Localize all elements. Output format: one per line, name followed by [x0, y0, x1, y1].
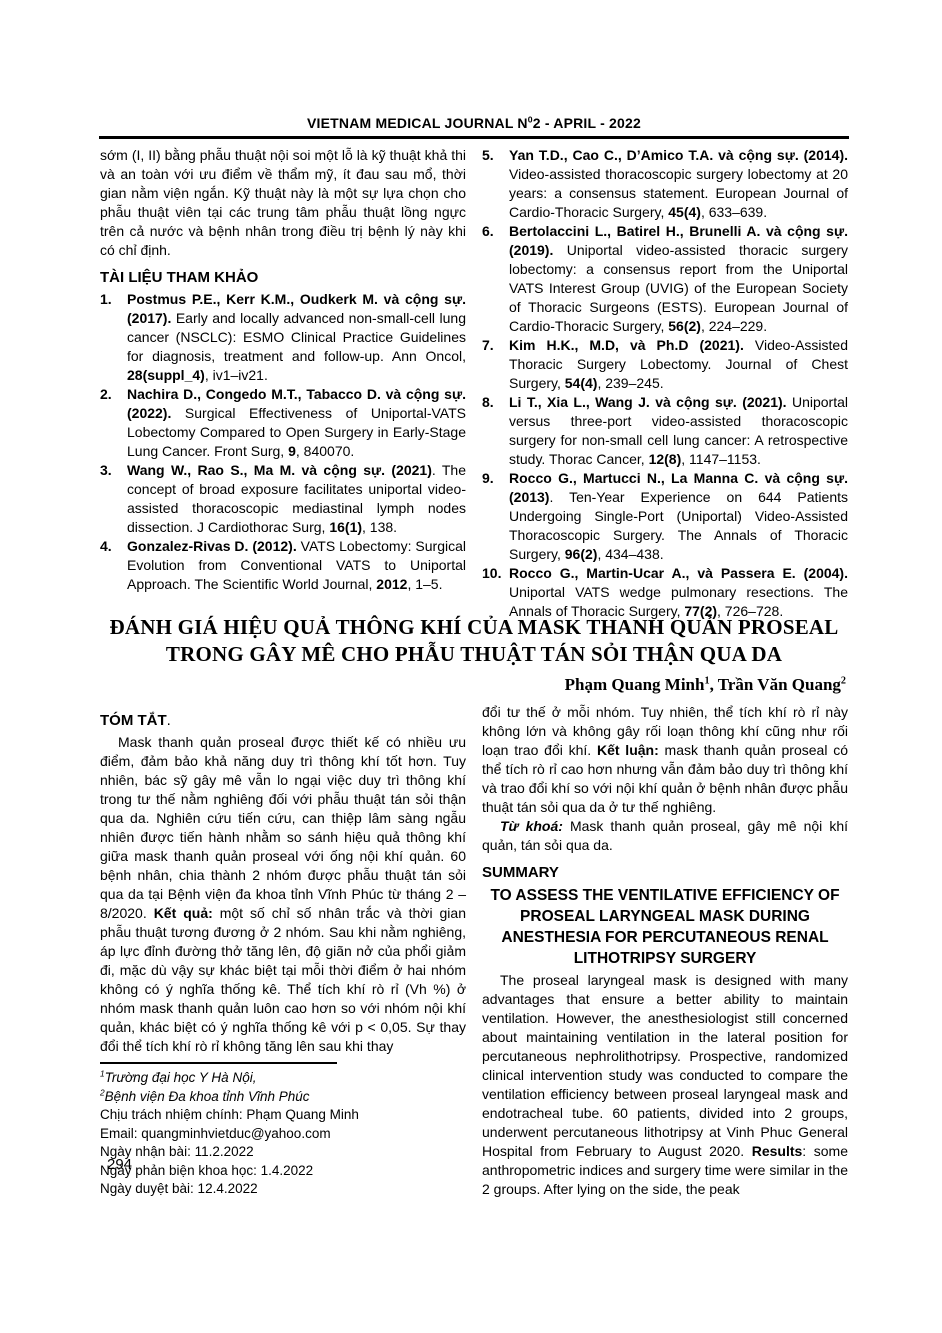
text-run: , 434–438.: [597, 546, 663, 562]
abstract-heading: TÓM TẮT.: [100, 711, 466, 731]
footnote-line: Chịu trách nhiệm chính: Phạm Quang Minh: [100, 1106, 466, 1125]
text-run: Wang W., Rao S., Ma M. và cộng sự. (2021…: [127, 462, 432, 478]
footnote-affiliation: 1Trường đại học Y Hà Nội,: [100, 1069, 466, 1088]
text-run: Results: [752, 1143, 803, 1159]
text-run: Early and locally advanced non-small-cel…: [127, 310, 466, 364]
text-run: , 633–639.: [701, 204, 767, 220]
text-run: 54(4): [565, 375, 598, 391]
reference-number: 1.: [100, 290, 112, 309]
reference-item: 6.Bertolaccini L., Batirel H., Brunelli …: [482, 222, 848, 336]
text-run: , 224–229.: [701, 318, 767, 334]
text-run: 2012: [376, 576, 407, 592]
reference-item: 10.Rocco G., Martin-Ucar A., và Passera …: [482, 564, 848, 621]
text-run: The proseal laryngeal mask is designed w…: [482, 972, 848, 1159]
text-run: 45(4): [668, 204, 701, 220]
reference-text: Kim H.K., M.D, và Ph.D (2021). Video-Ass…: [509, 337, 848, 391]
summary-paragraph: The proseal laryngeal mask is designed w…: [482, 971, 848, 1199]
reference-item: 7.Kim H.K., M.D, và Ph.D (2021). Video-A…: [482, 336, 848, 393]
reference-text: Rocco G., Martucci N., La Manna C. và cộ…: [509, 470, 848, 562]
text-run: 16(1): [329, 519, 362, 535]
reference-number: 10.: [482, 564, 501, 583]
page-header: VIETNAM MEDICAL JOURNAL N02 - APRIL - 20…: [99, 115, 849, 139]
text-run: 12(8): [649, 451, 682, 467]
abstract-left-column: TÓM TẮT. Mask thanh quản proseal được th…: [100, 703, 466, 1199]
summary-heading: SUMMARY: [482, 863, 848, 883]
text-run: 96(2): [565, 546, 598, 562]
page-number: 294: [107, 1156, 132, 1173]
abstract-paragraph-part1: Mask thanh quản proseal được thiết kế có…: [100, 733, 466, 1056]
journal-name: VIETNAM MEDICAL JOURNAL N02 - APRIL - 20…: [307, 115, 641, 131]
footnote-affiliation: 2Bệnh viện Đa khoa tỉnh Vĩnh Phúc: [100, 1088, 466, 1107]
text-run: , 1–5.: [407, 576, 442, 592]
text-run: Kim H.K., M.D, và Ph.D (2021).: [509, 337, 744, 353]
text-run: Rocco G., Martin-Ucar A., và Passera E. …: [509, 565, 848, 581]
article-title-block: ĐÁNH GIÁ HIỆU QUẢ THÔNG KHÍ CỦA MASK THA…: [100, 614, 848, 695]
author-affiliation-superscript: 2: [841, 675, 846, 686]
journal-name-suffix: 2 - APRIL - 2022: [533, 115, 641, 131]
reference-number: 8.: [482, 393, 494, 412]
footnote-line: Ngày phản biện khoa học: 1.4.2022: [100, 1162, 466, 1181]
text-run: 28(suppl_4): [127, 367, 205, 383]
reference-item: 3.Wang W., Rao S., Ma M. và cộng sự. (20…: [100, 461, 466, 537]
reference-item: 4.Gonzalez-Rivas D. (2012). VATS Lobecto…: [100, 537, 466, 594]
reference-number: 9.: [482, 469, 494, 488]
summary-title: TO ASSESS THE VENTILATIVE EFFICIENCY OF …: [490, 885, 840, 969]
reference-text: Gonzalez-Rivas D. (2012). VATS Lobectomy…: [127, 538, 466, 592]
article-title: ĐÁNH GIÁ HIỆU QUẢ THÔNG KHÍ CỦA MASK THA…: [100, 614, 848, 668]
reference-item: 9.Rocco G., Martucci N., La Manna C. và …: [482, 469, 848, 564]
references-section: sớm (I, II) bằng phẫu thuật nội soi một …: [100, 146, 848, 621]
text-run: , iv1–iv21.: [205, 367, 268, 383]
reference-text: Yan T.D., Cao C., D’Amico T.A. và cộng s…: [509, 147, 848, 220]
text-run: Từ khoá:: [500, 818, 563, 834]
text-run: . Ten-Year Experience on 644 Patients Un…: [509, 489, 848, 562]
article-title-line: ĐÁNH GIÁ HIỆU QUẢ THÔNG KHÍ CỦA MASK THA…: [100, 614, 848, 641]
reference-number: 2.: [100, 385, 112, 404]
abstract-right-column: đổi tư thế ở mỗi nhóm. Tuy nhiên, thể tí…: [482, 703, 848, 1199]
text-run: Li T., Xia L., Wang J. và cộng sự. (2021…: [509, 394, 787, 410]
text-run: Yan T.D., Cao C., D’Amico T.A. và cộng s…: [509, 147, 848, 163]
abstract-section: TÓM TẮT. Mask thanh quản proseal được th…: [100, 703, 848, 1199]
reference-number: 3.: [100, 461, 112, 480]
text-run: Mask thanh quản proseal được thiết kế có…: [100, 734, 466, 921]
text-run: 56(2): [668, 318, 701, 334]
reference-number: 5.: [482, 146, 494, 165]
reference-text: Wang W., Rao S., Ma M. và cộng sự. (2021…: [127, 462, 466, 535]
text-run: , 239–245.: [597, 375, 663, 391]
reference-text: Postmus P.E., Kerr K.M., Oudkerk M. và c…: [127, 291, 466, 383]
reference-item: 5.Yan T.D., Cao C., D’Amico T.A. và cộng…: [482, 146, 848, 222]
text-run: , 138.: [362, 519, 397, 535]
abstract-paragraph-part2: đổi tư thế ở mỗi nhóm. Tuy nhiên, thể tí…: [482, 703, 848, 817]
footnote-superscript: 1: [100, 1069, 105, 1079]
abstract-heading-text: TÓM TẮT: [100, 712, 167, 729]
closing-paragraph: sớm (I, II) bằng phẫu thuật nội soi một …: [100, 146, 466, 260]
author-affiliation-superscript: 1: [704, 675, 709, 686]
reference-number: 7.: [482, 336, 494, 355]
reference-text: Rocco G., Martin-Ucar A., và Passera E. …: [509, 565, 848, 619]
journal-name-prefix: VIETNAM MEDICAL JOURNAL N: [307, 115, 528, 131]
footnote-divider: [100, 1062, 337, 1064]
reference-text: Bertolaccini L., Batirel H., Brunelli A.…: [509, 223, 848, 334]
footnote-superscript: 2: [100, 1087, 105, 1097]
article-title-line: TRONG GÂY MÊ CHO PHẪU THUẬT TÁN SỎI THẬN…: [100, 641, 848, 668]
abstract-heading-period: .: [167, 712, 171, 729]
reference-number: 6.: [482, 222, 494, 241]
text-run: Kết quả:: [154, 905, 213, 921]
footnote-line: Ngày duyệt bài: 12.4.2022: [100, 1180, 466, 1199]
text-run: , 1147–1153.: [681, 451, 761, 467]
footnote-block: 1Trường đại học Y Hà Nội,2Bệnh viện Đa k…: [100, 1062, 466, 1199]
references-list-1-4: 1.Postmus P.E., Kerr K.M., Oudkerk M. và…: [100, 290, 466, 594]
author-name: Trần Văn Quang: [718, 675, 841, 694]
reference-item: 8.Li T., Xia L., Wang J. và cộng sự. (20…: [482, 393, 848, 469]
journal-page: VIETNAM MEDICAL JOURNAL N02 - APRIL - 20…: [0, 0, 942, 1333]
authors-line: Phạm Quang Minh1, Trần Văn Quang2: [100, 675, 848, 695]
keywords-paragraph: Từ khoá: Mask thanh quản proseal, gây mê…: [482, 817, 848, 855]
footnote-line: Email: quangminhvietduc@yahoo.com: [100, 1125, 466, 1144]
text-run: Gonzalez-Rivas D. (2012).: [127, 538, 297, 554]
reference-item: 2.Nachira D., Congedo M.T., Tabacco D. v…: [100, 385, 466, 461]
author-name: Phạm Quang Minh: [565, 675, 705, 694]
text-run: 9: [288, 443, 296, 459]
footnote-line: Ngày nhận bài: 11.2.2022: [100, 1143, 466, 1162]
reference-item: 1.Postmus P.E., Kerr K.M., Oudkerk M. và…: [100, 290, 466, 385]
references-right-column: 5.Yan T.D., Cao C., D’Amico T.A. và cộng…: [482, 146, 848, 621]
text-run: một số chỉ số nhân trắc và thời gian phẫ…: [100, 905, 466, 1054]
reference-text: Li T., Xia L., Wang J. và cộng sự. (2021…: [509, 394, 848, 467]
references-left-column: sớm (I, II) bằng phẫu thuật nội soi một …: [100, 146, 466, 621]
footnote-affiliations: 1Trường đại học Y Hà Nội,2Bệnh viện Đa k…: [100, 1069, 466, 1106]
reference-text: Nachira D., Congedo M.T., Tabacco D. và …: [127, 386, 466, 459]
references-list-5-10: 5.Yan T.D., Cao C., D’Amico T.A. và cộng…: [482, 146, 848, 621]
references-heading: TÀI LIỆU THAM KHẢO: [100, 268, 466, 288]
footnote-lines: Chịu trách nhiệm chính: Phạm Quang MinhE…: [100, 1106, 466, 1199]
reference-number: 4.: [100, 537, 112, 556]
text-run: Kết luận:: [597, 742, 659, 758]
text-run: , 840070.: [296, 443, 354, 459]
